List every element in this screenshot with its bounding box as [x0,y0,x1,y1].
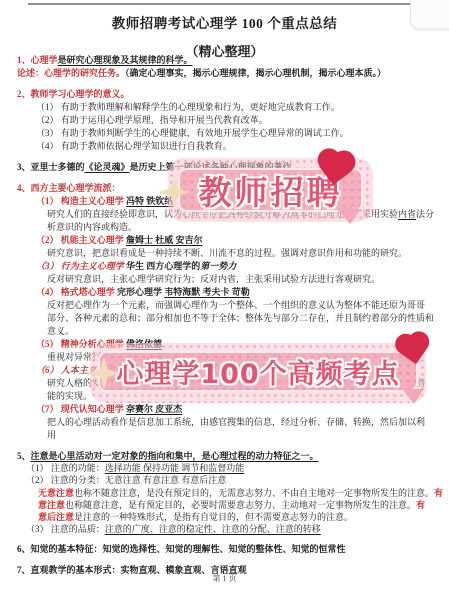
text-run: （4） 格式塔心理学 [36,287,115,297]
text-run: （1） 注意的功能： [26,463,105,473]
text-line: 无意注意也称不随意注意，是没有预定目的，无需意志努力、不由自主地对一定事物所发生… [0,487,449,499]
stamp-speech-bubble: 心理学100个高频考点 [98,351,418,392]
text-line: （3） 有助于教师判断学生的心理健康，有效地开展学生心理异常的调试工作。 [0,127,449,140]
text-run: 选择功能 保持功能 调节和监督功能 [105,463,245,473]
text-line: （2） 机能主义心理学 詹姆士 杜威 安吉尔 [0,234,449,247]
text-run: 把人的心理活动看作是信息加工系统，由感官搜集的信息，经过分析、存储、转换，然后加… [47,417,425,427]
text-line: 把人的心理活动看作是信息加工系统，由感官搜集的信息，经过分析、存储、转换，然后加… [0,416,449,429]
text-line: （3） 行为主义心理学 华生 西方心理学的第一势力 [0,260,449,273]
text-line: 用 [0,429,449,442]
text-run: （2） 注意的分类：无意注意 有意注意 有意后注意 [26,475,226,485]
text-line: 意后注意是注意的一种特殊形式，是指有自觉目的，但不需要意志努力的注意。 [0,511,449,523]
page-title: 教师招聘考试心理学 100 个重点总结 [0,0,449,32]
text-line: （1） 有助于教师理解和解释学生的心理现象和行为，更好地完成教育工作。 [0,101,449,114]
text-run: 3、亚里士多德的 [17,162,85,172]
text-run: （3） 行为主义心理学 [36,261,124,271]
heart-icon [309,148,360,196]
text-run: （1） 有助于教师理解和解释学生的心理现象和行为，更好地完成教育工作。 [36,102,340,112]
text-run: 6、知觉的基本特征：知觉的选择性、知觉的理解性、知觉的整体性、知觉的恒常性 [17,544,346,554]
text-line: 2、教师学习心理学的意义。 [0,88,449,101]
text-run: 5、 [17,451,31,461]
text-run: 内省 [398,209,416,219]
text-run: 研究意识，把意识看成是一种持续不断、川流不息的过程。强调对意识作用和功能的研究。 [47,248,407,258]
text-run: 是研究心理现象及其规律的科学。 [58,55,193,65]
text-run: （2） 机能主义心理学 [36,235,126,245]
text-run: 意义。 [47,326,74,336]
stamp-teacher-recruitment: 教师招聘 [145,147,395,232]
text-line: 5、注意是心里活动对一定对象的指向和集中，是心理过程的动力特征之一。 [0,450,449,462]
text-run: 华生 西方心理学的 [124,261,201,271]
text-run: （2） 有助于运用心理学原理，指导和开展当代教育改革。 [36,115,268,125]
text-run: 注意的广度、注意的稳定性、注意的分配、注意的转移 [105,524,321,534]
text-run: （1） 构造主义心理学 [36,196,126,206]
text-run: 是注意的一种特殊形式，是指有自觉目的，但不需要意志努力的注意。 [74,512,353,522]
text-line: （2） 注意的分类：无意注意 有意注意 有意后注意 [0,474,449,486]
text-line: 部分、各种元素的总和；部分相加也不等于全体；整体先与部分二存在，并且制约着部分的… [0,312,449,325]
document-body: 1、心理学是研究心理现象及其规律的科学。论述：心理学的研究任务。（确定心理事实，… [0,54,449,576]
page-top-edge-line [28,3,413,5]
text-run: 意注意 [38,500,65,510]
stamp-label: 心理学100个高频考点 [116,352,399,391]
text-run: （确定心理事实，揭示心理规律，揭示心理机制，揭示心理本质。） [125,68,386,78]
text-run: 有 [416,500,425,510]
text-run: 反对研究意识，主张心理学研究行为；反对内省，主张采用试验方法进行客观研究。 [47,274,380,284]
text-run: 部分、各种元素的总和；部分相加也不等于全体；整体先与部分二存在，并且制约着部分的… [47,313,434,323]
text-run: （3） 有助于教师判断学生的心理健康，有效地开展学生心理异常的调试工作。 [36,128,349,138]
text-line: 论述：心理学的研究任务。（确定心理事实，揭示心理规律，揭示心理机制，揭示心理本质… [0,67,449,80]
text-line: （3） 注意的品质：注意的广度、注意的稳定性、注意的分配、注意的转移 [0,523,449,535]
text-run: 注意是心里活动对一定对象的指向和集中，是心理过程的动力特征之一。 [31,451,319,461]
text-line: 反对研究意识，主张心理学研究行为；反对内省，主张采用试验方法进行客观研究。 [0,273,449,286]
page-number: 第 1 页 [0,573,449,584]
text-run: 法分 [416,209,434,219]
text-line: （1） 注意的功能：选择功能 保持功能 调节和监督功能 [0,462,449,474]
text-run: 析意识的内容或构造。 [47,222,137,232]
text-line: 反对把心理作为一个元素，而强调心理作为一个整体、一个组织的意义认为整体不能还原为… [0,299,449,312]
text-run: 有 [434,488,443,498]
text-line: （4） 格式塔心理学 完形心理学 韦特海默 考夫卡 苛勒 [0,286,449,299]
text-run: 反对把心理作为一个元素，而强调心理作为一个整体、一个组织的意义认为整体不能还原为… [47,300,425,310]
text-run: 4、西方主要心理学流派： [17,183,121,193]
floating-corner-widget[interactable] [410,0,449,30]
stamp-100-hot-points: 心理学100个高频考点 [78,328,440,412]
text-run: 无意注意 [38,488,74,498]
text-run: 韦特海默 考夫卡 苛勒 [164,287,250,297]
heart-icon [390,331,438,376]
text-line: 意注意也称随意注意，是有预定目的，必要时需要意志努力、主动地对一定事物所发生的注… [0,499,449,511]
text-line: 研究意识，把意识看成是一种持续不断、川流不息的过程。强调对意识作用和功能的研究。 [0,247,449,260]
text-run: 也称随意注意，是有预定目的，必要时需要意志努力、主动地对一定事物所发生的注意。 [65,500,416,510]
text-run: 用 [47,430,56,440]
text-line: 6、知觉的基本特征：知觉的选择性、知觉的理解性、知觉的整体性、知觉的恒常性 [0,543,449,555]
text-run: 2、教师学习心理学的意义。 [17,89,130,99]
text-run: （3） 注意的品质： [26,524,105,534]
text-run: 第一势力 [200,261,236,271]
text-run: 意后注意 [38,512,74,522]
text-run: 1、心理学 [17,55,58,65]
text-run: 《论灵魂》 [85,162,130,172]
text-line: （2） 有助于运用心理学原理，指导和开展当代教育改革。 [0,114,449,127]
text-run: 论述：心理学的研究任务。 [17,68,125,78]
text-run: 完形心理学 [115,287,165,297]
text-run: 詹姆士 杜威 安吉尔 [126,235,203,245]
text-line: 1、心理学是研究心理现象及其规律的科学。 [0,54,449,67]
text-run: 也称不随意注意，是没有预定目的，无需意志努力、不由自主地对一定事物所发生的注意。 [74,488,434,498]
document-page: 教师招聘考试心理学 100 个重点总结 （精心整理） 1、心理学是研究心理现象及… [0,0,449,600]
